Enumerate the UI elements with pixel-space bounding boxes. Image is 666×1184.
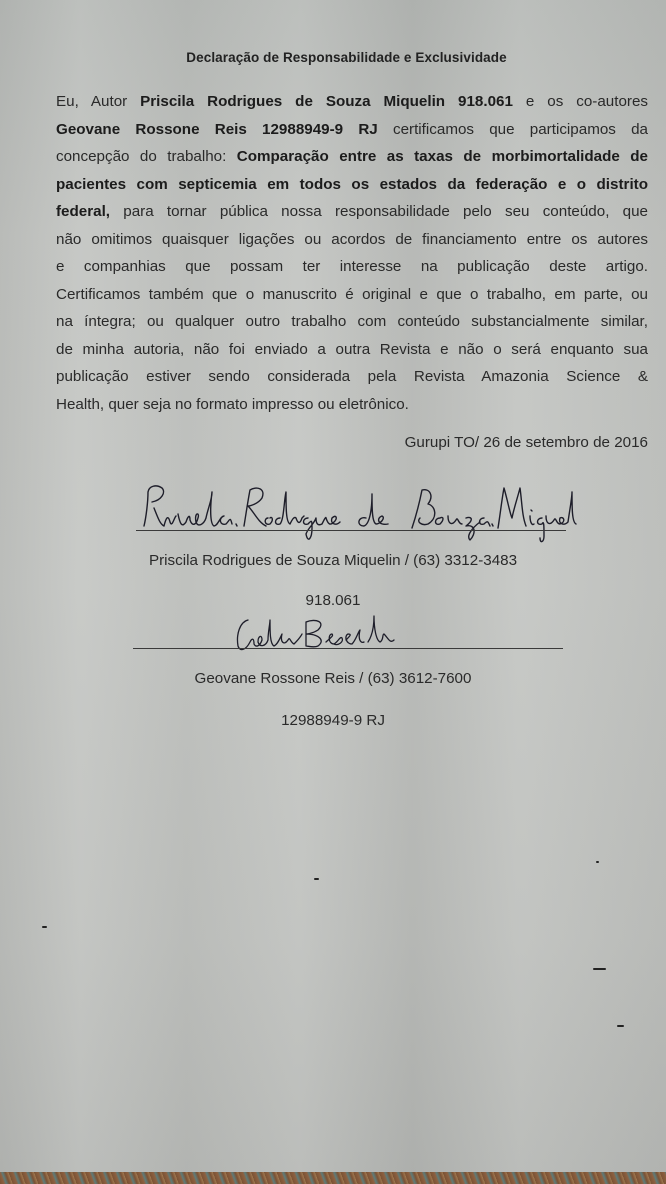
paragraph-line: Eu, Autor Priscila Rodrigues de Souza Mi…: [56, 88, 648, 116]
text-run: não omitimos quaisquer ligações ou acord…: [56, 231, 648, 248]
signature-1-handwritten: [140, 478, 580, 548]
text-run: de minha autoria, não foi enviado a outr…: [56, 341, 648, 358]
text-run: concepção do trabalho:: [56, 148, 237, 165]
bold-text-run: Geovane Rossone Reis 12988949-9 RJ: [56, 121, 378, 138]
document-title: Declaração de Responsabilidade e Exclusi…: [0, 50, 666, 65]
text-run: Eu, Autor: [56, 93, 140, 110]
toner-speck: [42, 926, 47, 928]
text-run: publicação estiver sendo considerada pel…: [56, 368, 648, 385]
paragraph-line: não omitimos quaisquer ligações ou acord…: [56, 226, 648, 254]
toner-speck: [617, 1025, 624, 1027]
paragraph-line: pacientes com septicemia em todos os est…: [56, 171, 648, 199]
bold-text-run: federal,: [56, 203, 110, 220]
bold-text-run: pacientes com septicemia em todos os est…: [56, 176, 648, 193]
declaration-paragraph: Eu, Autor Priscila Rodrigues de Souza Mi…: [56, 88, 648, 418]
paper-sheet: Declaração de Responsabilidade e Exclusi…: [0, 0, 666, 1172]
signatory-1-id: 918.061: [0, 592, 666, 609]
bold-text-run: Priscila Rodrigues de Souza Miquelin 918…: [140, 93, 513, 110]
text-run: certificamos que participamos da: [378, 121, 648, 138]
text-run: para tornar pública nossa responsabilida…: [110, 203, 648, 220]
signature-2-line: [133, 648, 563, 649]
text-run: na íntegra; ou qualquer outro trabalho c…: [56, 313, 648, 330]
text-run: Health, quer seja no formato impresso ou…: [56, 396, 409, 413]
paragraph-line: na íntegra; ou qualquer outro trabalho c…: [56, 308, 648, 336]
place-and-date: Gurupi TO/ 26 de setembro de 2016: [405, 434, 648, 451]
toner-speck: [593, 968, 606, 970]
text-run: Certificamos também que o manuscrito é o…: [56, 286, 648, 303]
table-surface: [0, 1172, 666, 1184]
paragraph-line: e companhias que possam ter interesse na…: [56, 253, 648, 281]
paragraph-line: publicação estiver sendo considerada pel…: [56, 363, 648, 391]
paragraph-line: concepção do trabalho: Comparação entre …: [56, 143, 648, 171]
paragraph-line: federal, para tornar pública nossa respo…: [56, 198, 648, 226]
signatory-1-name-phone: Priscila Rodrigues de Souza Miquelin / (…: [0, 552, 666, 569]
paragraph-line: de minha autoria, não foi enviado a outr…: [56, 336, 648, 364]
signatory-2-id: 12988949-9 RJ: [0, 712, 666, 729]
paragraph-line: Certificamos também que o manuscrito é o…: [56, 281, 648, 309]
signature-1-line: [136, 530, 566, 531]
text-run: e companhias que possam ter interesse na…: [56, 258, 648, 275]
signatory-2-name-phone: Geovane Rossone Reis / (63) 3612-7600: [0, 670, 666, 687]
paragraph-line: Health, quer seja no formato impresso ou…: [56, 391, 648, 419]
toner-speck: [596, 861, 599, 863]
toner-speck: [314, 878, 319, 880]
bold-text-run: Comparação entre as taxas de morbimortal…: [237, 148, 648, 165]
paragraph-line: Geovane Rossone Reis 12988949-9 RJ certi…: [56, 116, 648, 144]
text-run: e os co-autores: [513, 93, 648, 110]
